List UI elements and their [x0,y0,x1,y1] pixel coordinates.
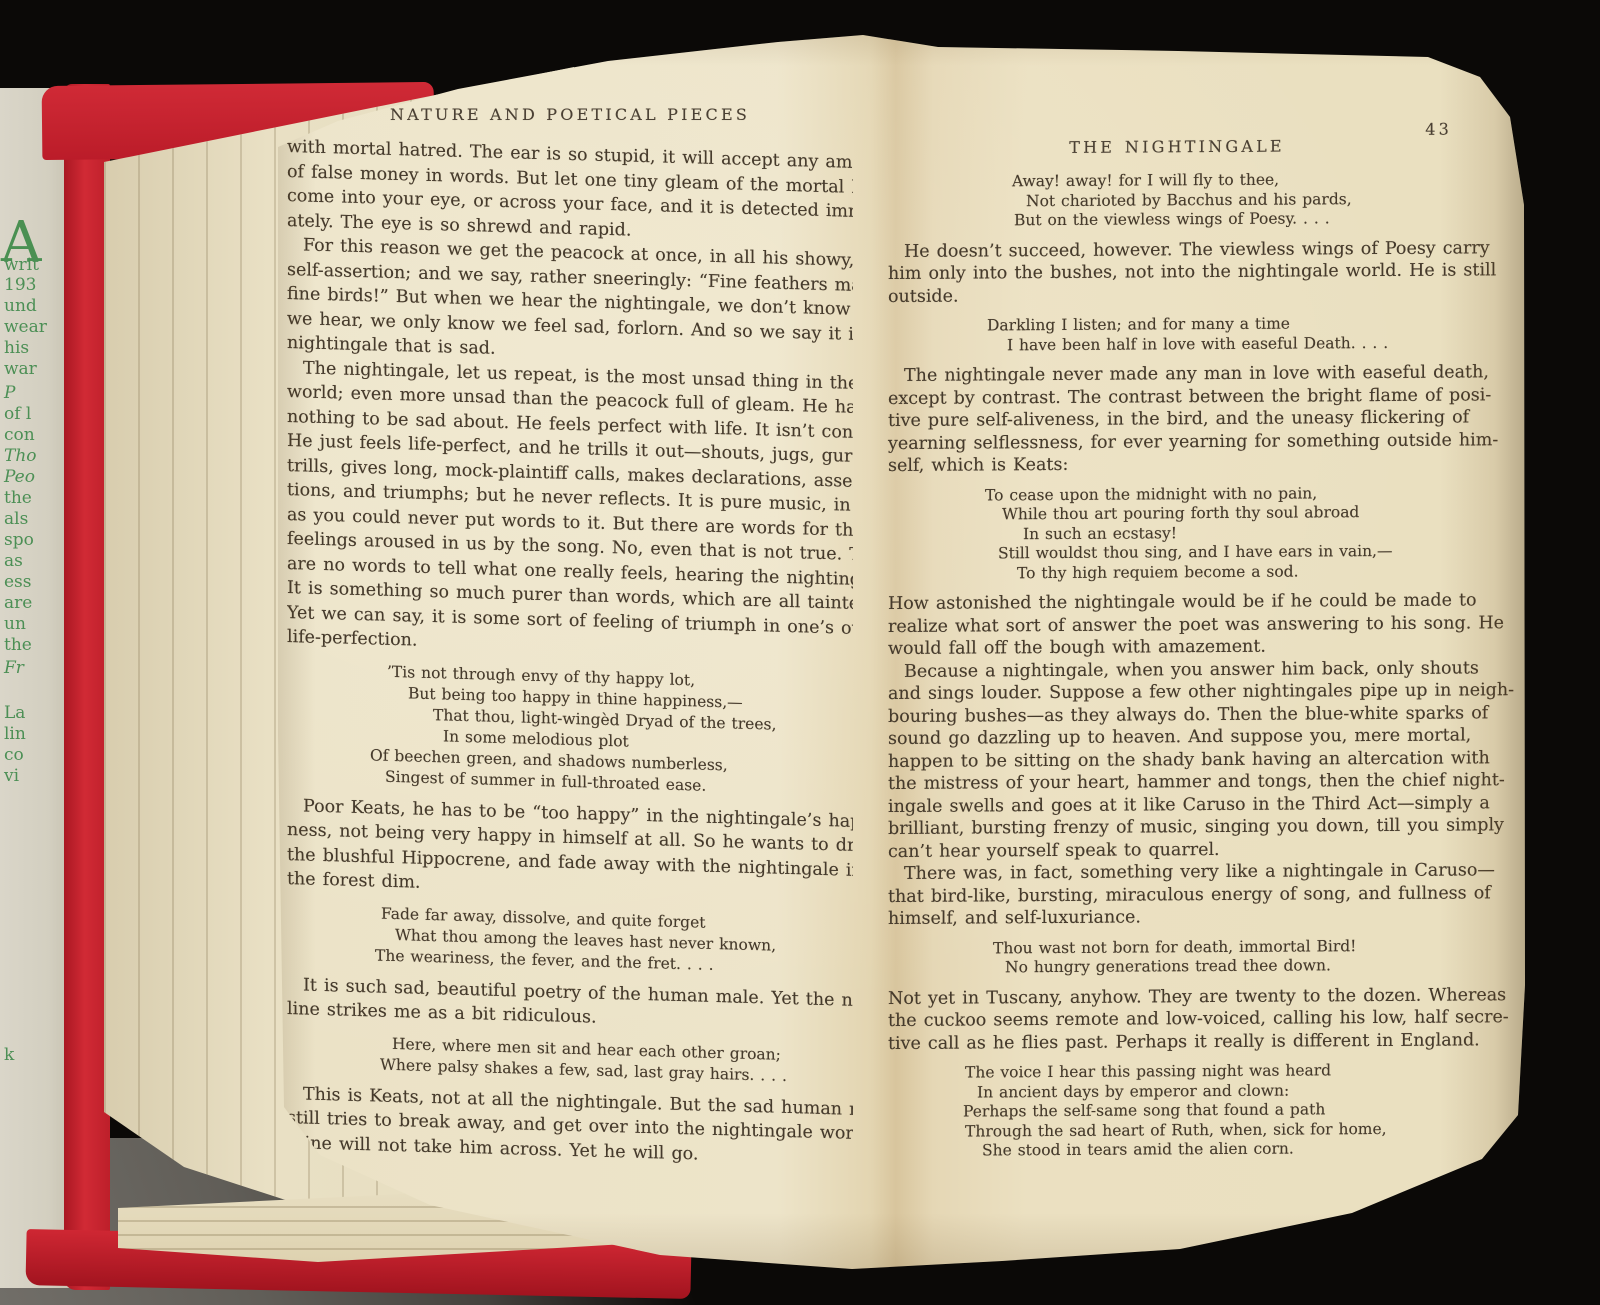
flap-text-fragment: of l [4,404,31,424]
page-42: 42 NATURE AND POETICAL PIECES with morta… [278,35,878,1275]
paragraph: He doesn’t succeed, however. The viewles… [888,237,1466,308]
flap-text-fragment: spo [4,530,34,550]
paragraph: The nightingale never made any man in lo… [888,361,1466,477]
text-line: the cuckoo seems remote and low-voiced, … [888,1006,1466,1032]
text-line: brilliant, bursting frenzy of music, sin… [888,814,1466,840]
paragraph: with mortal hatred. The ear is so stupid… [287,135,853,249]
running-header-right: THE NIGHTINGALE [888,135,1466,158]
book-cover-left-edge [64,84,110,1290]
flap-text-fragment: un [4,614,26,634]
flap-text-fragment: La [4,703,25,723]
flap-text-fragment: 193 [4,275,36,295]
paragraph: It is such sad, beautiful poetry of the … [287,973,853,1038]
open-book-spread: 42 NATURE AND POETICAL PIECES with morta… [278,35,1526,1275]
flap-text-fragment: wear [4,317,47,337]
flap-text-fragment: lin [4,724,26,744]
paragraph: There was, in fact, something very like … [888,859,1466,930]
text-line: To thy high requiem become a sod. [1017,561,1466,583]
verse-block: Darkling I listen; and for many a timeI … [987,313,1466,355]
verse-block: Here, where men sit and hear each other … [380,1033,853,1088]
text-line: himself, and self-luxuriance. [888,904,1466,930]
verse-block: ’Tis not through envy of thy happy lot,B… [370,661,853,800]
flap-text-fragment: con [4,425,35,445]
text-line: There was, in fact, something very like … [888,859,1466,885]
text-line: No hungry generations tread thee down. [1005,955,1466,977]
verse-block: Fade far away, dissolve, and quite forge… [375,903,853,979]
text-line: self, which is Keats: [888,451,1466,477]
text-line: The nightingale never made any man in lo… [888,361,1466,387]
text-line: Not charioted by Bacchus and his pards, [1026,189,1466,211]
text-line: that bird-like, bursting, miraculous ene… [888,882,1466,908]
flap-text-fragment: war [4,359,37,379]
text-line: yearning selflessness, for ever yearning… [888,429,1466,455]
flap-text-fragment: the [4,635,32,655]
flap-text-fragment: vi [4,766,19,786]
verse-block: Thou wast not born for death, immortal B… [993,936,1466,978]
paragraph: Not yet in Tuscany, anyhow. They are twe… [888,984,1466,1055]
text-line: How astonished the nightingale would be … [888,589,1466,615]
paragraph: The nightingale, let us repeat, is the m… [287,356,853,666]
paragraph: Because a nightingale, when you answer h… [888,657,1466,863]
text-line: She stood in tears amid the alien corn. [982,1138,1466,1160]
flap-text-fragment: co [4,745,24,765]
paragraph: Poor Keats, he has to be “too happy” in … [287,794,853,908]
flap-text-fragment: Tho [4,446,37,466]
paragraph: For this reason we get the peacock at on… [287,233,853,371]
text-line: In such an ecstasy! [1023,522,1466,544]
page-43: 43 THE NIGHTINGALE Away! away! for I wil… [878,35,1526,1275]
text-line: tive call as he flies past. Perhaps it r… [888,1029,1466,1055]
verse-block: Away! away! for I will fly to thee,Not c… [1012,169,1466,230]
verse-block: The voice I hear this passing night was … [963,1060,1466,1161]
flap-text-fragment: als [4,509,28,529]
text-line: sound go dazzling up to heaven. And supp… [888,724,1466,750]
text-line: tive pure self-aliveness, in the bird, a… [888,406,1466,432]
flap-text-fragment: Peo [4,467,35,487]
text-line: I have been half in love with easeful De… [1007,333,1466,355]
flap-text-fragment: k [4,1045,14,1065]
flap-text-fragment: his [4,338,29,358]
right-page-text: Away! away! for I will fly to thee,Not c… [888,169,1466,1161]
text-line: outside. [888,282,1466,308]
text-line: But on the viewless wings of Poesy. . . … [1014,208,1466,230]
flap-text-fragment: the [4,488,32,508]
paragraph: How astonished the nightingale would be … [888,589,1466,660]
flap-text-fragment: P [4,383,15,403]
text-line: him only into the bushes, not into the n… [888,259,1466,285]
verse-block: To cease upon the midnight with no pain,… [985,483,1466,583]
flap-text-fragment: ess [4,572,32,592]
text-line: the mistress of your heart, hammer and t… [888,769,1466,795]
flap-text-fragment: writ [4,255,39,275]
text-line: realize what sort of answer the poet was… [888,612,1466,638]
right-page-col: 43 THE NIGHTINGALE Away! away! for I wil… [888,119,1466,1170]
flap-text-fragment: are [4,593,32,613]
flap-text-fragment: Fr [4,658,24,678]
flap-text-fragment: as [4,551,23,571]
flap-text-fragment: und [4,296,37,316]
paragraph: This is Keats, not at all the nightingal… [287,1082,853,1171]
dust-jacket-flap: Awrit193undwearhiswarPof lconThoPeotheal… [0,88,70,1288]
text-line: and sings louder. Suppose a few other ni… [888,679,1466,705]
left-page-text: with mortal hatred. The ear is so stupid… [287,135,853,1246]
